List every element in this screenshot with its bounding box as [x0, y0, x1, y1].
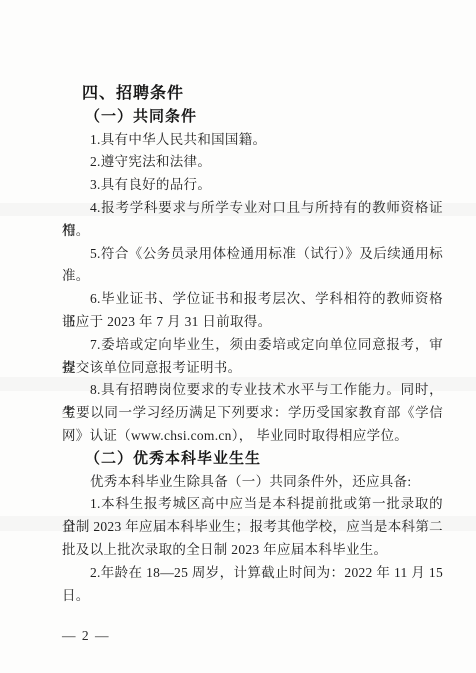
heading-common-conditions: （一）共同条件 — [62, 106, 443, 129]
condition-line: 2.年龄在 18—25 周岁，计算截止时间为：2022 年 11 月 15 — [62, 562, 443, 585]
heading-recruitment-conditions: 四、招聘条件 — [62, 83, 443, 106]
condition-line: 4.报考学科要求与所学专业对口且与所持有的教师资格证相 — [62, 197, 443, 220]
condition-line: 批及以上批次录取的全日制 2023 年应届本科毕业生。 — [62, 539, 443, 562]
condition-line: 1.本科生报考城区高中应当是本科提前批或第一批录取的全 — [62, 493, 443, 516]
condition-line: 网》认证（www.chsi.com.cn）， 毕业同时取得相应学位。 — [62, 425, 443, 448]
condition-line: 8.具有招聘岗位要求的专业技术水平与工作能力。同时，考 — [62, 379, 443, 402]
condition-line: 日。 — [62, 585, 443, 608]
condition-line: 3.具有良好的品行。 — [62, 174, 443, 197]
condition-line: 2.遵守宪法和法律。 — [62, 151, 443, 174]
document-page: 四、招聘条件 （一）共同条件 1.具有中华人民共和国国籍。 2.遵守宪法和法律。… — [0, 0, 476, 673]
condition-line: 1.具有中华人民共和国国籍。 — [62, 129, 443, 152]
condition-line: 提交该单位同意报考证明书。 — [62, 357, 443, 380]
condition-line: 生要以同一学习经历满足下列要求：学历受国家教育部《学信 — [62, 402, 443, 425]
condition-line: 5.符合《公务员录用体检通用标准（试行）》及后续通用标 — [62, 243, 443, 266]
footer-page-number: — 2 — — [62, 628, 110, 644]
condition-line: 书应于 2023 年 7 月 31 日前取得。 — [62, 311, 443, 334]
condition-line: 符。 — [62, 220, 443, 243]
condition-line: 6.毕业证书、学位证书和报考层次、学科相符的教师资格证 — [62, 288, 443, 311]
heading-outstanding-graduates: （二）优秀本科毕业生生 — [62, 448, 443, 471]
document-body: 四、招聘条件 （一）共同条件 1.具有中华人民共和国国籍。 2.遵守宪法和法律。… — [62, 83, 443, 607]
condition-line: 日制 2023 年应届本科毕业生；报考其他学校，应当是本科第二 — [62, 516, 443, 539]
condition-line: 准。 — [62, 265, 443, 288]
condition-line: 7.委培或定向毕业生，须由委培或定向单位同意报考，审查 — [62, 334, 443, 357]
condition-line: 优秀本科毕业生除具备（一）共同条件外，还应具备: — [62, 471, 443, 494]
